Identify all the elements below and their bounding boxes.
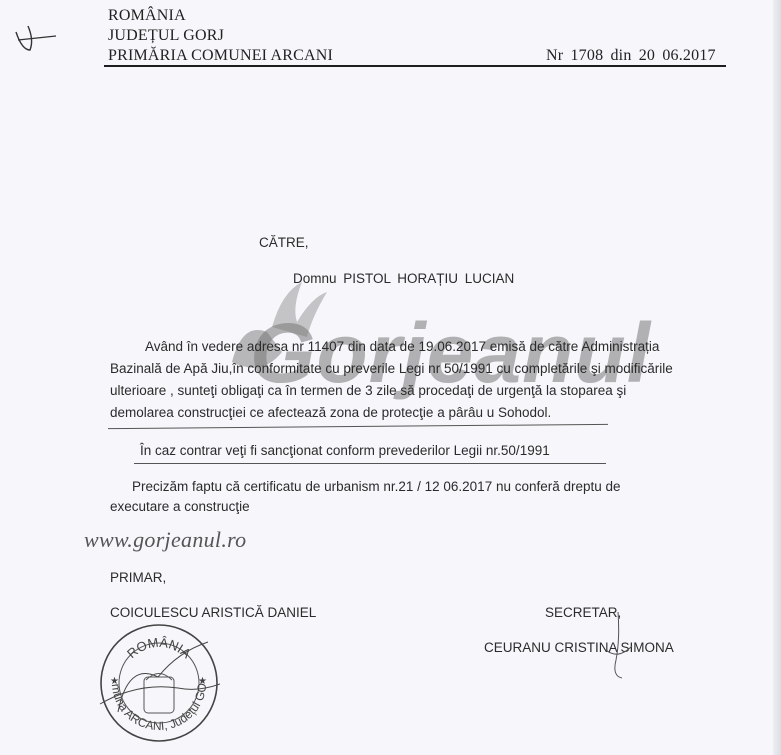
header-country: ROMÂNIA (108, 7, 186, 25)
header-rule (104, 65, 726, 67)
handwritten-underline (108, 424, 608, 429)
addressee: Domnu PISTOL HORAȚIU LUCIAN (293, 271, 514, 286)
mayor-name: COICULESCU ARISTICĂ DANIEL (110, 605, 316, 620)
body-line: Având în vedere adresa nr 11407 din data… (145, 339, 659, 354)
body-line: demolarea construcţiei ce afectează zona… (110, 405, 551, 420)
header-county: JUDEȚUL GORJ (108, 27, 224, 45)
body-line: ulterioare , sunteţi obligaţi ca în term… (110, 383, 626, 398)
watermark-url: www.gorjeanul.ro (84, 527, 246, 553)
body-line: executare a construcţie (110, 499, 250, 514)
handwritten-mark-icon (10, 20, 60, 56)
svg-text:★: ★ (110, 676, 119, 687)
body-line: Precizăm faptu că certificatu de urbanis… (132, 479, 621, 494)
sanction-paragraph: În caz contrar veţi fi sancţionat confor… (140, 443, 550, 458)
secretary-signature-icon (598, 610, 638, 680)
secretary-name: CEURANU CRISTINA SIMONA (484, 640, 674, 655)
to-label: CĂTRE, (259, 235, 309, 250)
scan-edge (773, 0, 781, 755)
stamp-top-text: ROMÂNIA (124, 635, 194, 662)
svg-text:★: ★ (198, 676, 207, 687)
registration-number: Nr 1708 din 20 06.2017 (546, 47, 716, 65)
header-institution: PRIMĂRIA COMUNEI ARCANI (108, 47, 333, 65)
official-stamp-icon: ROMÂNIA Comuna ARCANI, Județul GORJ ★ ★ (98, 622, 220, 744)
body-line: Bazinală de Apă Jiu,în conformitate cu p… (110, 361, 673, 376)
mayor-title: PRIMAR, (110, 570, 166, 585)
handwritten-underline (134, 463, 606, 464)
